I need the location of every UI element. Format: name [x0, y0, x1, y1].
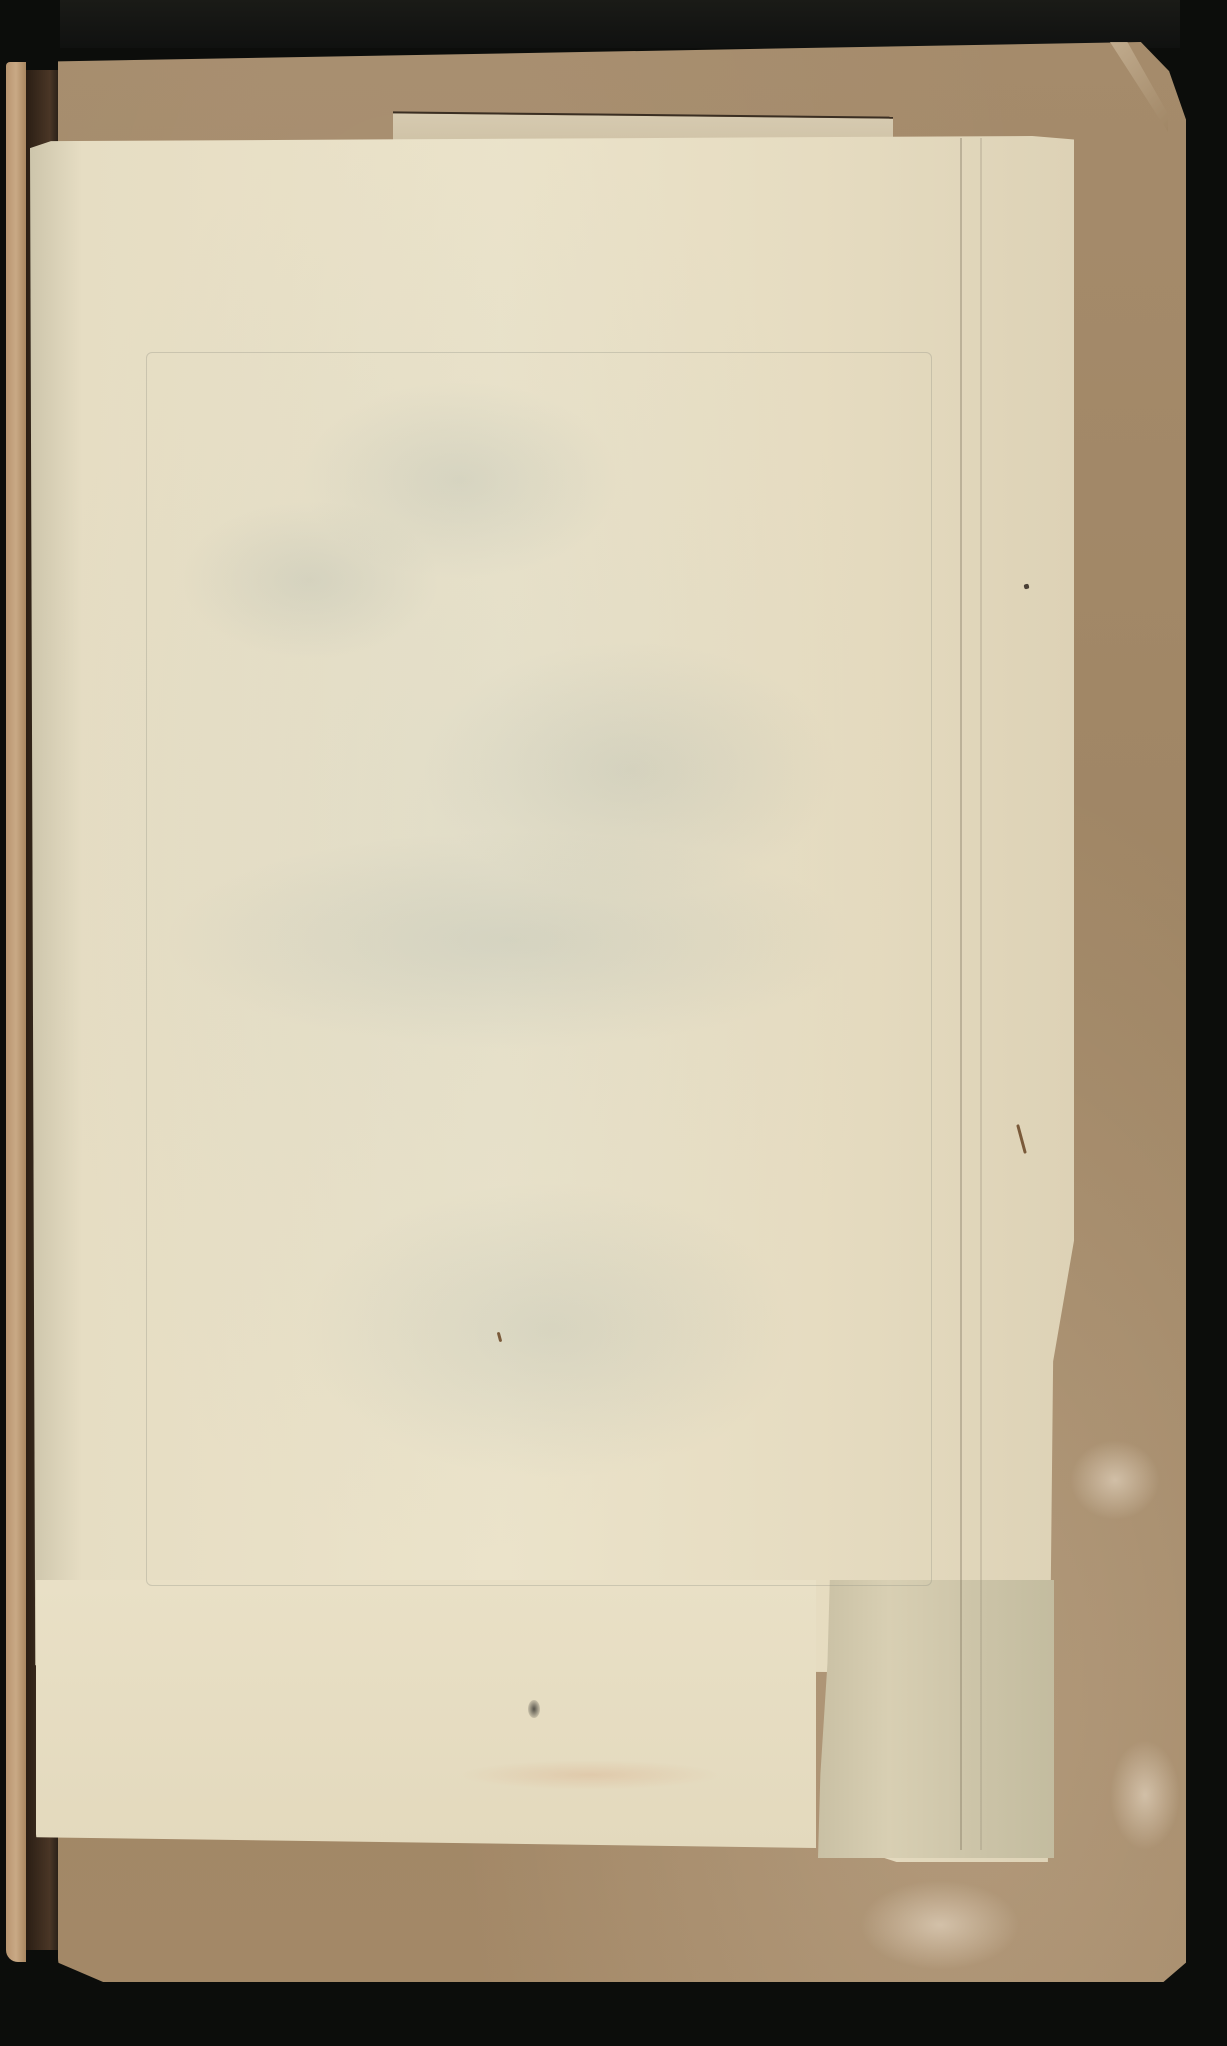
sheet-fold-line — [980, 138, 982, 1850]
show-through-image — [300, 1180, 800, 1480]
board-stain — [1110, 1740, 1180, 1850]
board-stain — [860, 1880, 1020, 1970]
torn-sheet-corner — [818, 1580, 1054, 1858]
sheet-fold-line — [960, 138, 962, 1850]
ink-spot — [528, 1700, 540, 1718]
scanned-page — [0, 0, 1227, 2046]
show-through-caption — [460, 1760, 720, 1790]
board-stain — [1070, 1440, 1160, 1520]
scan-background — [60, 0, 1180, 48]
show-through-image — [180, 500, 440, 660]
show-through-image — [160, 830, 860, 1050]
left-page-edge — [6, 62, 26, 1962]
plate-sheet-lower — [36, 1580, 816, 1848]
